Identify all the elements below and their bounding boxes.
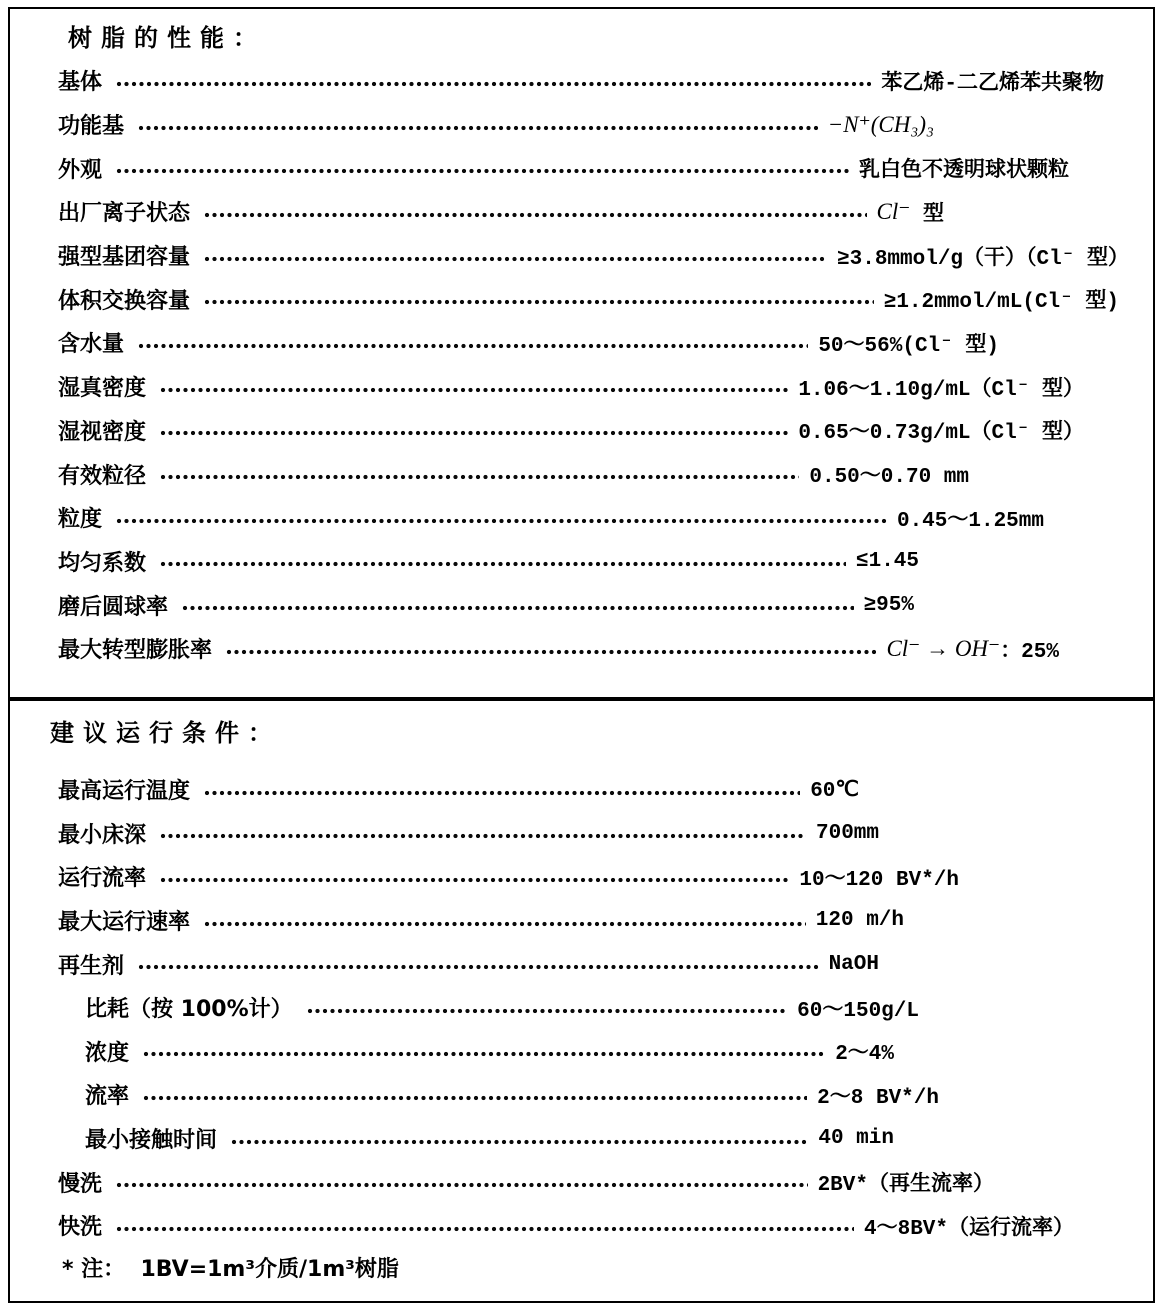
property-label: 强型基团容量 — [58, 240, 190, 271]
row-tail-spacer — [919, 561, 1129, 562]
property-label: 出厂离子状态 — [58, 196, 190, 227]
property-value: 0.45～1.25mm — [897, 503, 1044, 533]
condition-value: NaOH — [829, 953, 879, 976]
property-label: 磨后圆球率 — [58, 590, 168, 621]
property-label: 体积交换容量 — [58, 284, 190, 315]
dot-leader — [226, 649, 876, 655]
property-value: 50～56%(Cl⁻ 型) — [818, 328, 999, 358]
condition-row: 最高运行温度 60℃ — [58, 768, 1129, 812]
row-tail-spacer — [959, 876, 1129, 877]
property-row: 湿真密度 1.06～1.10g/mL（Cl⁻ 型） — [58, 365, 1129, 409]
dot-leader — [160, 430, 788, 436]
dot-leader — [138, 964, 819, 970]
row-tail-spacer — [1084, 386, 1129, 387]
property-row: 强型基团容量 ≥3.8mmol/g（干）（Cl⁻ 型） — [58, 234, 1129, 278]
condition-value: 120 m/h — [816, 909, 904, 932]
dot-leader — [204, 790, 800, 796]
dot-leader — [204, 212, 867, 218]
property-label: 功能基 — [58, 109, 124, 140]
row-tail-spacer — [939, 1094, 1129, 1095]
condition-value: 2～4% — [835, 1036, 894, 1066]
condition-label: 最小床深 — [58, 818, 146, 849]
row-tail-spacer — [1074, 1225, 1129, 1226]
dot-leader — [160, 877, 789, 883]
property-label: 最大转型膨胀率 — [58, 633, 212, 664]
property-value: ≥95% — [864, 594, 914, 617]
property-value: 0.50～0.70 mm — [809, 459, 969, 489]
condition-label: 最小接触时间 — [85, 1123, 217, 1154]
property-value-suffix: ：25% — [1000, 634, 1059, 664]
row-tail-spacer — [1044, 517, 1129, 518]
condition-label: 最高运行温度 — [58, 774, 190, 805]
property-value: 乳白色不透明球状颗粒 — [859, 153, 1069, 183]
row-tail-spacer — [1084, 430, 1129, 431]
row-tail-spacer — [1104, 80, 1129, 81]
row-tail-spacer — [914, 605, 1129, 606]
property-row: 均匀系数 ≤1.45 — [58, 540, 1129, 584]
dot-leader — [143, 1095, 807, 1101]
property-label: 均匀系数 — [58, 546, 146, 577]
property-value-suffix: 型 — [910, 197, 944, 227]
dot-leader — [116, 168, 849, 174]
condition-row: 比耗（按 100%计） 60～150g/L — [58, 986, 1129, 1030]
condition-value: 10～120 BV*/h — [799, 862, 959, 892]
property-row: 磨后圆球率 ≥95% — [58, 583, 1129, 627]
property-value: Cl⁻ — [877, 199, 911, 225]
condition-value: 2～8 BV*/h — [817, 1080, 939, 1110]
row-tail-spacer — [919, 1007, 1129, 1008]
property-row: 出厂离子状态 Cl⁻ 型 — [58, 190, 1129, 234]
condition-row: 慢洗 2BV*（再生流率） — [58, 1160, 1129, 1204]
dot-leader — [138, 343, 808, 349]
property-value: Cl⁻ → OH⁻ — [886, 636, 1000, 662]
property-row: 粒度 0.45～1.25mm — [58, 496, 1129, 540]
condition-value: 4～8BV*（运行流率） — [864, 1211, 1074, 1241]
property-row: 体积交换容量 ≥1.2mmol/mL(Cl⁻ 型) — [58, 277, 1129, 321]
property-row: 含水量 50～56%(Cl⁻ 型) — [58, 321, 1129, 365]
property-value: 1.06～1.10g/mL（Cl⁻ 型） — [798, 372, 1084, 402]
property-value: −N⁺(CH₃)₃ — [828, 112, 934, 138]
dot-leader — [116, 81, 871, 87]
property-label: 湿视密度 — [58, 415, 146, 446]
condition-label: 浓度 — [85, 1036, 129, 1067]
condition-row: 最小接触时间 40 min — [58, 1117, 1129, 1161]
dot-leader — [231, 1139, 808, 1145]
dot-leader — [160, 833, 806, 839]
condition-row: 最小床深 700mm — [58, 812, 1129, 856]
condition-row: 流率 2～8 BV*/h — [58, 1073, 1129, 1117]
property-label: 有效粒径 — [58, 459, 146, 490]
dot-leader — [160, 474, 799, 480]
condition-row: 快洗 4～8BV*（运行流率） — [58, 1204, 1129, 1248]
property-value: ≥1.2mmol/mL(Cl⁻ 型) — [884, 284, 1119, 314]
condition-value: 40 min — [818, 1127, 894, 1150]
row-tail-spacer — [934, 124, 1129, 125]
condition-label: 最大运行速率 — [58, 905, 190, 936]
dot-leader — [116, 1226, 854, 1232]
bv-definition-note: * 注： 1BV=1m³介质/1m³树脂 — [62, 1248, 1129, 1292]
property-label: 外观 — [58, 153, 102, 184]
row-tail-spacer — [994, 1182, 1129, 1183]
dot-leader — [138, 125, 818, 131]
dot-leader — [116, 518, 887, 524]
condition-row: 再生剂 NaOH — [58, 942, 1129, 986]
row-tail-spacer — [1059, 648, 1129, 649]
row-tail-spacer — [894, 1138, 1129, 1139]
row-tail-spacer — [904, 920, 1129, 921]
property-value: 苯乙烯-二乙烯苯共聚物 — [881, 66, 1104, 96]
property-value: ≥3.8mmol/g（干）（Cl⁻ 型） — [837, 241, 1129, 271]
dot-leader — [143, 1051, 825, 1057]
condition-row: 最大运行速率 120 m/h — [58, 899, 1129, 943]
property-row: 有效粒径 0.50～0.70 mm — [58, 452, 1129, 496]
property-row: 湿视密度 0.65～0.73g/mL（Cl⁻ 型） — [58, 409, 1129, 453]
condition-label: 运行流率 — [58, 861, 146, 892]
property-label: 含水量 — [58, 327, 124, 358]
dot-leader — [204, 256, 827, 262]
resin-properties-panel: 树脂的性能： 基体 苯乙烯-二乙烯苯共聚物 功能基 −N⁺(CH₃)₃ 外观 乳… — [8, 7, 1155, 699]
property-row: 基体 苯乙烯-二乙烯苯共聚物 — [58, 59, 1129, 103]
resin-panel-title: 树脂的性能： — [68, 17, 1129, 59]
condition-row: 浓度 2～4% — [58, 1030, 1129, 1074]
conditions-panel-title: 建议运行条件： — [50, 713, 1129, 753]
row-tail-spacer — [894, 1051, 1129, 1052]
condition-value: 2BV*（再生流率） — [818, 1167, 994, 1197]
row-tail-spacer — [879, 964, 1129, 965]
dot-leader — [160, 561, 846, 567]
condition-value: 700mm — [816, 822, 879, 845]
property-label: 粒度 — [58, 502, 102, 533]
condition-label: 流率 — [85, 1079, 129, 1110]
dot-leader — [182, 605, 854, 611]
condition-label: 再生剂 — [58, 949, 124, 980]
dot-leader — [116, 1182, 808, 1188]
property-value: ≤1.45 — [856, 550, 919, 573]
condition-label: 快洗 — [58, 1210, 102, 1241]
row-tail-spacer — [999, 342, 1129, 343]
dot-leader — [307, 1008, 788, 1014]
row-tail-spacer — [944, 211, 1129, 212]
row-tail-spacer — [1069, 168, 1129, 169]
property-row: 外观 乳白色不透明球状颗粒 — [58, 146, 1129, 190]
dot-leader — [204, 921, 806, 927]
row-tail-spacer — [879, 833, 1129, 834]
condition-value: 60～150g/L — [797, 993, 919, 1023]
property-value: 0.65～0.73g/mL（Cl⁻ 型） — [798, 415, 1084, 445]
condition-label: 慢洗 — [58, 1167, 102, 1198]
property-label: 基体 — [58, 65, 102, 96]
operating-conditions-panel: 建议运行条件： 最高运行温度 60℃ 最小床深 700mm 运行流率 10～12… — [8, 699, 1155, 1303]
dot-leader — [204, 299, 874, 305]
row-tail-spacer — [1119, 299, 1129, 300]
row-tail-spacer — [969, 474, 1129, 475]
condition-value: 60℃ — [810, 777, 859, 803]
property-row: 功能基 −N⁺(CH₃)₃ — [58, 103, 1129, 147]
condition-row: 运行流率 10～120 BV*/h — [58, 855, 1129, 899]
row-tail-spacer — [859, 789, 1129, 790]
property-label: 湿真密度 — [58, 371, 146, 402]
property-row: 最大转型膨胀率 Cl⁻ → OH⁻ ：25% — [58, 627, 1129, 671]
condition-label: 比耗（按 100%计） — [85, 992, 293, 1023]
dot-leader — [160, 387, 788, 393]
